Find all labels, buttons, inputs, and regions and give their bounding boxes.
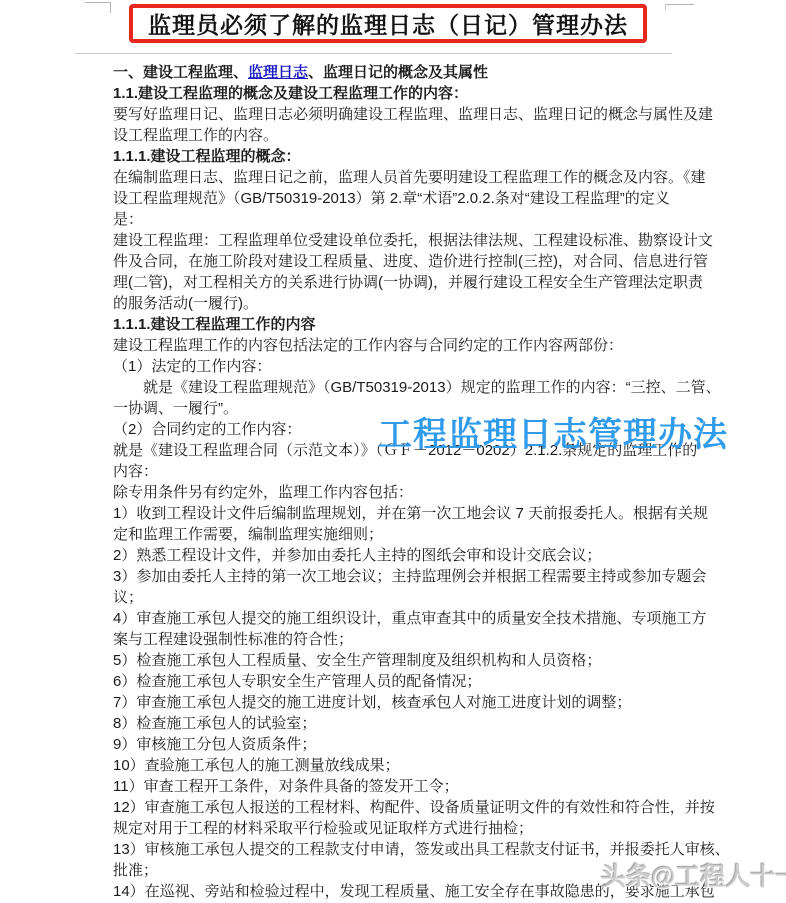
body-line: 内容： (113, 461, 713, 482)
body-line: 案与工程建设强制性标准的符合性； (113, 629, 713, 650)
body-line: 件及合同，在施工阶段对建设工程质量、进度、造价进行控制(三控)，对合同、信息进行… (113, 251, 713, 272)
text-boundary-mark-top-left-vertical (110, 2, 111, 13)
body-line: 就是《建设工程监理规范》（GB/T50319-2013）规定的监理工作的内容：“… (113, 377, 713, 398)
text-boundary-mark-top-left (85, 2, 111, 3)
body-line: 1.1.1.建设工程监理工作的内容 (113, 314, 713, 335)
body-line: 1.1.建设工程监理的概念及建设工程监理工作的内容： (113, 83, 713, 104)
body-line: 除专用条件另有约定外，监理工作内容包括： (113, 482, 713, 503)
body-line: （1）法定的工作内容： (113, 356, 713, 377)
document-body: 一、建设工程监理、监理日志、监理日记的概念及其属性 1.1.建设工程监理的概念及… (113, 62, 713, 902)
supervision-log-link[interactable]: 监理日志 (248, 64, 308, 81)
heading-suffix: 、监理日记的概念及其属性 (308, 64, 488, 81)
body-line: 定和监理工作需要，编制监理实施细则； (113, 524, 713, 545)
body-line: 10）查验施工承包人的施工测量放线成果； (113, 755, 713, 776)
body-line: 在编制监理日志、监理日记之前，监理人员首先要明建设工程监理工作的概念及内容。《建 (113, 167, 713, 188)
body-line: 是： (113, 209, 713, 230)
page-title: 监理员必须了解的监理日志（日记）管理办法 (148, 7, 628, 40)
body-line: 1）收到工程设计文件后编制监理规划，并在第一次工地会议 7 天前报委托人。根据有… (113, 503, 713, 524)
body-line: 建设工程监理：工程监理单位受建设单位委托，根据法律法规、工程建设标准、勘察设计文 (113, 230, 713, 251)
body-line: 理(二管)，对工程相关方的关系进行协调(一协调)，并履行建设工程安全生产管理法定… (113, 272, 713, 293)
body-line: 设工程监理规范》（GB/T50319-2013）第 2.章“术语”2.0.2.条… (113, 188, 713, 209)
document-page: 监理员必须了解的监理日志（日记）管理办法 一、建设工程监理、监理日志、监理日记的… (0, 0, 786, 903)
body-line: 7）审查施工承包人提交的施工进度计划，核查承包人对施工进度计划的调整； (113, 692, 713, 713)
body-lines: 1.1.建设工程监理的概念及建设工程监理工作的内容：要写好监理日记、监理日志必须… (113, 83, 713, 902)
heading-prefix: 一、建设工程监理、 (113, 64, 248, 81)
body-line: 要写好监理日记、监理日志必须明确建设工程监理、监理日志、监理日记的概念与属性及建 (113, 104, 713, 125)
body-line: 规定对用于工程的材料采取平行检验或见证取样方式进行抽检； (113, 818, 713, 839)
center-watermark: 工程监理日志管理办法 (378, 407, 728, 456)
body-line: 8）检查施工承包人的试验室； (113, 713, 713, 734)
body-line: 4）审查施工承包人提交的施工组织设计，重点审查其中的质量安全技术措施、专项施工方 (113, 608, 713, 629)
body-line: 11）审查工程开工条件，对条件具备的签发开工令； (113, 776, 713, 797)
corner-watermark: 头条@工程人十一 (601, 857, 786, 893)
body-line: 1.1.1.建设工程监理的概念： (113, 146, 713, 167)
body-line: 的服务活动(一履行)。 (113, 293, 713, 314)
body-line: 12）审查施工承包人报送的工程材料、构配件、设备质量证明文件的有效性和符合性，并… (113, 797, 713, 818)
section-heading-line: 一、建设工程监理、监理日志、监理日记的概念及其属性 (113, 62, 713, 83)
text-boundary-mark-top-right-vertical (665, 4, 666, 10)
body-line: 设工程监理工作的内容。 (113, 125, 713, 146)
body-line: 建设工程监理工作的内容包括法定的工作内容与合同约定的工作内容两部份： (113, 335, 713, 356)
body-line: 3）参加由委托人主持的第一次工地会议；主持监理例会并根据工程需要主持或参加专题会 (113, 566, 713, 587)
body-line: 6）检查施工承包人专职安全生产管理人员的配备情况； (113, 671, 713, 692)
body-line: 9）审核施工分包人资质条件； (113, 734, 713, 755)
body-line: 议； (113, 587, 713, 608)
header-divider (75, 53, 672, 54)
body-line: 2）熟悉工程设计文件，并参加由委托人主持的图纸会审和设计交底会议； (113, 545, 713, 566)
body-line: 5）检查施工承包人工程质量、安全生产管理制度及组织机构和人员资格； (113, 650, 713, 671)
text-boundary-mark-top-right (665, 4, 694, 5)
title-box: 监理员必须了解的监理日志（日记）管理办法 (129, 4, 647, 43)
